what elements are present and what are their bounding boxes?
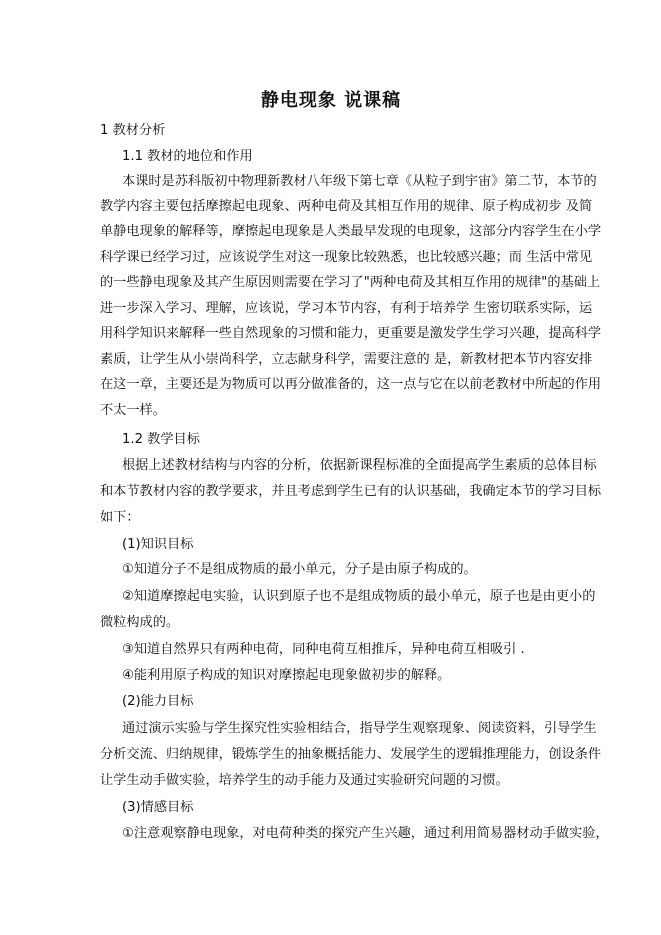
text-line: 本课时是苏科版初中物理新教材八年级下第七章《从粒子到宇宙》第二节，本节的 bbox=[122, 172, 562, 192]
text-line: ①注意观察静电现象，对电荷种类的探究产生兴趣，通过利用简易器材动手做实验， bbox=[122, 824, 562, 844]
text-line: 微粒构成的。 bbox=[100, 613, 179, 633]
text-line: 用科学知识来解释一些自然现象的习惯和能力，更重要是激发学生学习兴趣，提高科学 bbox=[100, 324, 562, 344]
text-line: 在这一章，主要还是为物质可以再分做准备的，这一点与它在以前老教材中所起的作用 bbox=[100, 375, 562, 395]
text-line: 1.1 教材的地位和作用 bbox=[122, 147, 253, 167]
text-line: 进一步深入学习、理解，应该说，学习本节内容，有利于培养学 生密切联系实际，运 bbox=[100, 299, 562, 319]
text-line: ②知道摩擦起电实验，认识到原子也不是组成物质的最小单元，原子也是由更小的 bbox=[122, 587, 562, 607]
text-line: 教学内容主要包括摩擦起电现象、两种电荷及其相互作用的规律、原子构成初步 及简 bbox=[100, 197, 562, 217]
text-line: 通过演示实验与学生探究性实验相结合，指导学生观察现象、阅读资料，引导学生 bbox=[122, 719, 562, 739]
text-line: 分析交流、归纳规律，锻炼学生的抽象概括能力、发展学生的逻辑推理能力，创设条件 bbox=[100, 745, 562, 765]
text-line: 科学课已经学习过，应该说学生对这一现象比较熟悉，也比较感兴趣；而 生活中常见 bbox=[100, 248, 562, 268]
text-line: ④能利用原子构成的知识对摩擦起电现象做初步的解释。 bbox=[122, 666, 450, 686]
text-line: ①知道分子不是组成物质的最小单元，分子是由原子构成的。 bbox=[122, 560, 477, 580]
text-line: 如下： bbox=[100, 508, 140, 528]
text-line: 不太一样。 bbox=[100, 401, 166, 421]
text-line: 的一些静电现象及其产生原因则需要在学习了"两种电荷及其相互作用的规律"的基础上 bbox=[100, 273, 562, 293]
text-line: 1.2 教学目标 bbox=[122, 430, 200, 450]
text-line: 根据上述教材结构与内容的分析，依据新课程标准的全面提高学生素质的总体目标 bbox=[122, 456, 562, 476]
text-line: 让学生动手做实验，培养学生的动手能力及通过实验研究问题的习惯。 bbox=[100, 771, 509, 791]
text-line: (1)知识目标 bbox=[122, 535, 193, 555]
text-line: 单静电现象的解释等，摩擦起电现象是人类最早发现的电现象，这部分内容学生在小学 bbox=[100, 222, 562, 242]
text-line: 和本节教材内容的教学要求，并且考虑到学生已有的认识基础，我确定本节的学习目标 bbox=[100, 482, 562, 502]
text-line: (3)情感目标 bbox=[122, 798, 193, 818]
text-line: 1 教材分析 bbox=[100, 121, 165, 141]
text-line: ③知道自然界只有两种电荷，同种电荷互相推斥，异种电荷互相吸引 . bbox=[122, 640, 525, 660]
document-title: 静电现象 说课稿 bbox=[100, 86, 562, 112]
text-line: (2)能力目标 bbox=[122, 692, 193, 712]
text-line: 素质，让学生从小崇尚科学，立志献身科学，需要注意的 是，新教材把本节内容安排 bbox=[100, 350, 562, 370]
